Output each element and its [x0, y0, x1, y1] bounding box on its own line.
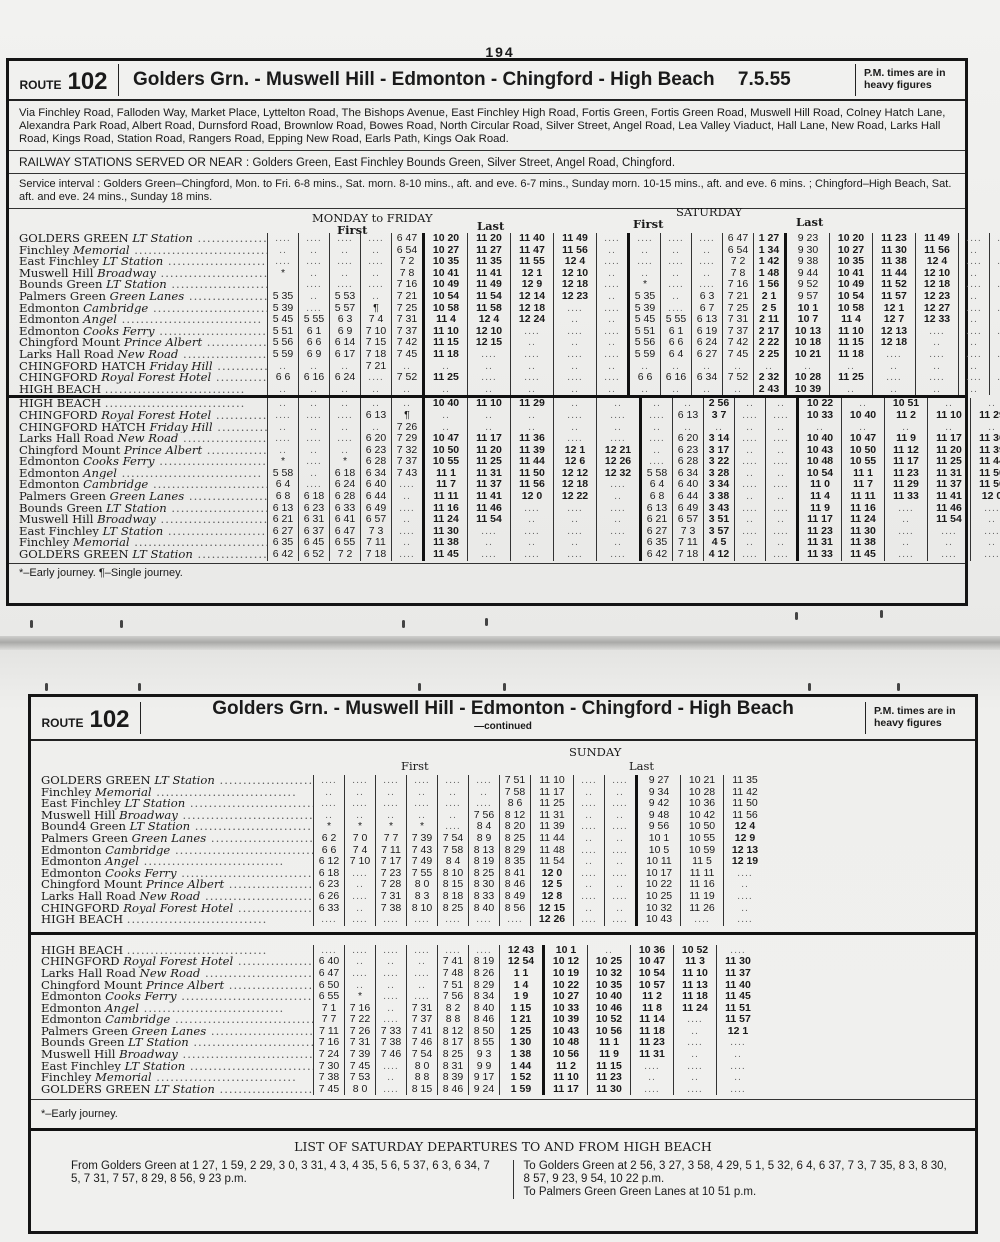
route-title: Golders Grn. - Muswell Hill - Edmonton -… — [119, 69, 855, 91]
time-cell: .. — [268, 384, 298, 396]
time-column: ..6 13..6 206 236 286 346 406 446 496 57… — [672, 398, 703, 560]
time-cell: 6 52 — [299, 549, 329, 561]
time-cell: 6 47 — [723, 233, 753, 245]
time-cell: .. — [597, 291, 627, 303]
route-102-weekday-saturday-table: ROUTE 102 Golders Grn. - Muswell Hill - … — [6, 58, 968, 606]
time-cell: 6 44 — [361, 491, 391, 503]
time-cell: .... — [605, 914, 635, 926]
time-cell: 7 21 — [392, 291, 422, 303]
time-cell: 3 38 — [704, 491, 734, 503]
time-cell: 11 49 — [916, 233, 958, 245]
time-cell: .... — [330, 233, 360, 245]
time-cell: 10 20 — [425, 233, 467, 245]
time-cell: 11 11 — [842, 491, 884, 503]
time-cell: .. — [959, 291, 989, 303]
time-cell: 11 33 — [799, 549, 841, 561]
time-cell: .... — [468, 372, 510, 384]
station-row: CHINGFORD Royal Forest Hotel ...........… — [41, 903, 313, 915]
time-cell: 11 10 — [928, 410, 970, 422]
station-row: Palmers Green Green Lanes ..............… — [41, 1026, 313, 1038]
time-cell: .... — [407, 914, 437, 926]
time-cell: 11 18 — [830, 349, 872, 361]
route-title: Golders Grn. - Muswell Hill - Edmonton -… — [141, 700, 865, 736]
route-badge: ROUTE 102 — [9, 64, 119, 96]
time-cell: .... — [630, 233, 660, 245]
time-cell: .. — [392, 491, 422, 503]
time-cell: 7 0 — [345, 833, 375, 845]
time-cell: 7 46 — [376, 1049, 406, 1061]
station-row: Finchley Memorial ......................… — [41, 787, 313, 799]
time-cell: 11 2 — [885, 410, 927, 422]
station-row: East Finchley LT Station ...............… — [41, 798, 313, 810]
time-cell: 7 56 — [438, 991, 468, 1003]
time-cell: .. — [597, 314, 627, 326]
time-cell: 6 55 — [314, 991, 344, 1003]
station-row: GOLDERS GREEN LT Station ...............… — [19, 233, 267, 245]
time-cell: .. — [330, 384, 360, 396]
time-cell: ¶ — [392, 410, 422, 422]
inbound-time-columns: ..............*5 586 46 86 136 216 276 3… — [267, 398, 1000, 560]
time-cell: 2 11 — [754, 314, 784, 326]
time-column: 6 476 547 27 87 167 217 257 317 377 427 … — [391, 233, 422, 395]
time-cell: 2 32 — [754, 372, 784, 384]
time-column: ............*5 355 395 455 515 565 59..6… — [627, 233, 660, 395]
time-cell: 11 30 — [588, 1084, 630, 1096]
time-column: ..............*6 186 246 286 336 416 476… — [329, 398, 360, 560]
time-cell: .. — [574, 856, 604, 868]
time-cell: .. — [830, 384, 872, 396]
time-cell: .. — [425, 410, 467, 422]
time-column: 10 40....10 4710 5010 5511 111 711 1111 … — [422, 398, 467, 560]
pm-times-note: P.M. times are in heavy figures — [865, 702, 975, 734]
time-cell: 5 45 — [630, 314, 660, 326]
time-cell: .... — [468, 349, 510, 361]
time-cell: .... — [873, 349, 915, 361]
time-cell: 11 40 — [511, 233, 553, 245]
station-row: Muswell Hill Broadway ..................… — [41, 810, 313, 822]
time-cell: .. — [597, 491, 639, 503]
to-destinations: To Golders Green at 2 56, 3 27, 3 58, 4 … — [514, 1160, 956, 1199]
time-cell: 6 42 — [642, 549, 672, 561]
time-cell: .... — [376, 991, 406, 1003]
time-cell: .... — [885, 549, 927, 561]
station-row: Edmonton Cambridge .....................… — [41, 845, 313, 857]
time-cell: 11 4 — [830, 314, 872, 326]
time-column: ............*6 26 66 126 186 236 266 33.… — [313, 775, 344, 926]
time-column: 10 2210 33..10 4010 4310 4810 5411 011 4… — [796, 398, 841, 560]
staple-mark — [138, 683, 141, 691]
time-cell: 11 35 — [724, 775, 766, 787]
time-cell: .... — [631, 1084, 673, 1096]
time-cell: .... — [971, 549, 1000, 561]
time-cell: .... — [605, 891, 635, 903]
station-row: CHINGFORD HATCH Friday Hill ............… — [19, 361, 267, 373]
time-cell: .. — [299, 384, 329, 396]
time-cell: 1 38 — [500, 1049, 542, 1061]
inbound-timetable: HIGH BEACH .............................… — [9, 398, 965, 560]
time-cell: 4 12 — [704, 549, 734, 561]
time-cell: 11 11 — [425, 491, 467, 503]
staple-mark — [795, 612, 798, 620]
mf-last-label: Last — [477, 219, 504, 233]
time-cell: .... — [597, 372, 627, 384]
time-cell: 12 14 — [511, 291, 553, 303]
time-cell: .. — [574, 833, 604, 845]
time-cell: .... — [574, 775, 604, 787]
station-row: Chingford Mount Prince Albert ..........… — [41, 879, 313, 891]
sun-last-label: Last — [629, 759, 654, 773]
time-cell: .. — [766, 491, 796, 503]
time-cell: 10 7 — [787, 314, 829, 326]
time-cell: 7 24 — [314, 1049, 344, 1061]
time-column: ..........*5 355 395 455 515 565 59..6 6… — [267, 233, 298, 395]
time-cell: 6 2 — [314, 833, 344, 845]
time-cell: 11 36 — [511, 433, 553, 445]
time-cell: 1 1 — [500, 968, 542, 980]
time-cell: 8 4 — [438, 856, 468, 868]
time-cell: 11 49 — [554, 233, 596, 245]
railway-label: RAILWAY STATIONS SERVED OR NEAR : — [19, 155, 249, 169]
time-cell: 7 7 — [376, 833, 406, 845]
time-cell: 7 4 — [361, 314, 391, 326]
time-cell: 6 3 — [330, 314, 360, 326]
time-cell: .. — [605, 856, 635, 868]
time-cell: .... — [735, 549, 765, 561]
time-cell: .... — [959, 349, 989, 361]
route-badge: ROUTE 102 — [31, 702, 141, 734]
time-cell: 3 14 — [704, 433, 734, 445]
time-cell: 7 45 — [314, 1084, 344, 1096]
time-column: 11 3511 4211 5011 5612 412 912 1312 19..… — [723, 775, 766, 926]
time-cell: .... — [642, 433, 672, 445]
time-cell: 8 49 — [500, 891, 530, 903]
time-cell: .... — [345, 891, 375, 903]
station-row: Bounds Green LT Station ................… — [19, 503, 267, 515]
time-column: 11 10....11 1711 2011 2511 3111 3711 411… — [467, 398, 510, 560]
inbound-station-list: HIGH BEACH .............................… — [31, 945, 313, 1096]
time-cell: 1 9 — [500, 991, 542, 1003]
time-cell: 7 45 — [723, 349, 753, 361]
route-title-text: Golders Grn. - Muswell Hill - Edmonton -… — [212, 698, 794, 719]
time-cell: .... — [299, 233, 329, 245]
time-cell: 8 26 — [469, 968, 499, 980]
time-cell: .... — [511, 549, 553, 561]
time-cell: 6 8 — [642, 491, 672, 503]
time-cell: .... — [766, 410, 796, 422]
time-cell: 11 54 — [468, 291, 510, 303]
time-cell: 12 4 — [468, 314, 510, 326]
time-column: ................5 535 576 36 96 146 17..… — [329, 233, 360, 395]
time-cell: 11 33 — [885, 491, 927, 503]
footnote: *–Early journey. ¶–Single journey. — [9, 563, 965, 582]
time-cell: 11 36 — [971, 433, 1000, 445]
time-cell: 11 2 — [631, 991, 673, 1003]
time-column: 11 4911 5612 412 1012 1812 2312 2712 33.… — [915, 233, 958, 395]
time-cell: 11 44 — [531, 833, 573, 845]
footnote: *–Early journey. — [31, 1099, 975, 1131]
time-cell: .... — [597, 433, 639, 445]
time-cell: 12 0 — [971, 491, 1000, 503]
station-row: GOLDERS GREEN LT Station ...............… — [19, 549, 267, 561]
time-cell: 7 48 — [438, 968, 468, 980]
time-column: ................7 317 377 417 467 548 08… — [406, 945, 437, 1096]
outbound-time-columns: ..........*5 355 395 455 515 565 59..6 6… — [267, 233, 1000, 395]
time-column: 11 1011 1711 2511 3111 3911 4411 4811 54… — [530, 775, 573, 926]
time-column: ............*7 167 227 267 317 397 457 5… — [344, 945, 375, 1096]
time-cell: 10 40 — [842, 410, 884, 422]
station-row: HIGH BEACH .............................… — [19, 384, 267, 396]
time-cell: .... — [345, 968, 375, 980]
time-cell: 10 43 — [638, 914, 680, 926]
time-column: 11 2311 3011 3811 4411 5211 5712 112 712… — [872, 233, 915, 395]
time-column: ............*7 77 117 177 237 287 317 38… — [375, 775, 406, 926]
from-golders-green: From Golders Green at 1 27, 1 59, 2 29, … — [71, 1160, 514, 1199]
time-column: ....6 406 476 506 557 17 77 117 167 247 … — [313, 945, 344, 1096]
time-cell: .... — [990, 326, 1000, 338]
time-cell: .... — [314, 775, 344, 787]
time-cell: .... — [407, 991, 437, 1003]
time-cell: 11 17 — [545, 1084, 587, 1096]
time-column: ........................................ — [604, 775, 635, 926]
time-column: 10 5111 2..11 911 1211 1711 2311 2911 33… — [884, 398, 927, 560]
time-cell: 7 10 — [345, 856, 375, 868]
time-cell: .... — [990, 256, 1000, 268]
time-column: ................7 547 588 48 108 158 188… — [437, 775, 468, 926]
time-cell: .... — [766, 433, 796, 445]
time-cell: .... — [990, 303, 1000, 315]
time-cell: 5 45 — [268, 314, 298, 326]
time-column: ........................................… — [734, 398, 765, 560]
railway-stations: RAILWAY STATIONS SERVED OR NEAR : Golder… — [9, 151, 965, 174]
station-row: Palmers Green Green Lanes ..............… — [19, 291, 267, 303]
time-cell: .... — [681, 914, 723, 926]
time-cell: 6 13 — [361, 410, 391, 422]
time-cell: * — [268, 268, 298, 280]
route-label: ROUTE — [41, 716, 83, 730]
route-number: 102 — [67, 68, 107, 96]
time-cell: 11 9 — [885, 433, 927, 445]
station-row: Edmonton Cambridge .....................… — [19, 479, 267, 491]
route-header-continued: ROUTE 102 Golders Grn. - Muswell Hill - … — [31, 697, 975, 741]
time-cell: 10 47 — [842, 433, 884, 445]
time-cell: 6 20 — [361, 433, 391, 445]
time-cell: 5 53 — [330, 291, 360, 303]
staple-mark — [880, 610, 883, 618]
station-row: Chingford Mount Prince Albert ..........… — [19, 337, 267, 349]
time-cell: 6 24 — [330, 372, 360, 384]
time-cell: 8 3 — [407, 891, 437, 903]
station-row: Finchley Memorial ......................… — [41, 1072, 313, 1084]
time-cell: 8 46 — [438, 1084, 468, 1096]
route-title-text: Golders Grn. - Muswell Hill - Edmonton -… — [133, 69, 715, 90]
staple-mark — [120, 620, 123, 628]
time-cell: .... — [376, 914, 406, 926]
time-column: ............12 2112 2612 32.............… — [596, 398, 639, 560]
time-cell: 8 19 — [469, 856, 499, 868]
station-row: HIGH BEACH .............................… — [41, 945, 313, 957]
time-cell: 10 39 — [787, 384, 829, 396]
time-cell: .. — [916, 384, 958, 396]
time-column: ..10 40..10 4710 5010 5511 111 711 1111 … — [841, 398, 884, 560]
time-cell: 10 32 — [588, 968, 630, 980]
time-cell: 7 31 — [723, 314, 753, 326]
time-cell: .... — [724, 914, 766, 926]
time-cell: .... — [438, 775, 468, 787]
time-cell: .... — [674, 1084, 716, 1096]
time-cell: 2 25 — [754, 349, 784, 361]
time-cell: .... — [597, 549, 639, 561]
time-cell: .... — [330, 433, 360, 445]
time-cell: * — [345, 991, 375, 1003]
route-via: Via Finchley Road, Falloden Way, Market … — [9, 101, 965, 151]
time-cell: 10 54 — [425, 291, 467, 303]
station-row: Chingford Mount Prince Albert ..........… — [41, 980, 313, 992]
time-cell: .... — [990, 279, 1000, 291]
time-cell: 11 18 — [674, 991, 716, 1003]
time-cell: .. — [511, 384, 553, 396]
time-cell: .... — [554, 549, 596, 561]
time-cell: .. — [392, 384, 422, 396]
time-cell: 6 12 — [314, 856, 344, 868]
time-cell: 12 23 — [916, 291, 958, 303]
time-cell: .. — [692, 384, 722, 396]
time-cell: 12 7 — [873, 314, 915, 326]
time-cell: .... — [376, 775, 406, 787]
station-row: HIGH BEACH .............................… — [41, 914, 313, 926]
station-row: Palmers Green Green Lanes ..............… — [41, 833, 313, 845]
time-cell: 6 47 — [314, 968, 344, 980]
time-cell: .. — [990, 291, 1000, 303]
time-cell: 7 39 — [407, 833, 437, 845]
station-row: Edmonton Cambridge .....................… — [41, 1014, 313, 1026]
time-cell: 11 25 — [830, 372, 872, 384]
outbound-timetable: GOLDERS GREEN LT Station ...............… — [9, 233, 965, 395]
time-cell: .... — [574, 891, 604, 903]
time-cell: .... — [438, 914, 468, 926]
sat-heading: SATURDAY — [676, 205, 742, 219]
time-column: ......................5 556 16 66 4..6 1… — [660, 233, 691, 395]
time-cell: .... — [597, 349, 627, 361]
time-cell: 9 24 — [469, 1084, 499, 1096]
staple-mark — [418, 683, 421, 691]
station-row: Larks Hall Road New Road ...............… — [41, 891, 313, 903]
time-cell: 7 29 — [392, 433, 422, 445]
time-cell: 6 16 — [661, 372, 691, 384]
time-column: ..6 13..6 206 236 286 346 406 446 496 57… — [360, 398, 391, 560]
time-cell: 6 42 — [268, 549, 298, 561]
time-cell: 9 27 — [638, 775, 680, 787]
time-cell: 7 54 — [407, 1049, 437, 1061]
time-cell: 10 54 — [830, 291, 872, 303]
time-cell: 11 45 — [717, 991, 759, 1003]
time-cell: .. — [468, 384, 510, 396]
time-cell: .. — [468, 410, 510, 422]
sun-first-label: First — [401, 759, 429, 773]
time-cell: 11 54 — [531, 856, 573, 868]
station-row: Edmonton Angel .........................… — [41, 1003, 313, 1015]
time-column: ......................7 337 387 46......… — [375, 945, 406, 1096]
time-cell: .... — [574, 914, 604, 926]
time-cell: 8 33 — [469, 891, 499, 903]
time-cell: 6 9 — [299, 349, 329, 361]
time-cell: 11 37 — [717, 968, 759, 980]
time-cell: 11 20 — [468, 233, 510, 245]
time-column: ............*7 07 47 10................ — [344, 775, 375, 926]
time-cell: 8 25 — [500, 833, 530, 845]
time-column: 10 2110 2810 3610 4210 5010 5510 5911 51… — [680, 775, 723, 926]
time-cell: 6 27 — [692, 349, 722, 361]
time-cell: 10 40 — [799, 433, 841, 445]
outbound-timetable: GOLDERS GREEN LT Station ...............… — [31, 775, 975, 926]
time-column: 11 2011 2711 3511 4111 4911 5411 5812 41… — [467, 233, 510, 395]
time-cell: 5 59 — [268, 349, 298, 361]
time-cell: .. — [717, 1049, 759, 1061]
time-cell: .. — [361, 384, 391, 396]
time-cell: 6 13 — [692, 314, 722, 326]
time-column: ......................5 556 16 66 9..6 1… — [298, 233, 329, 395]
time-cell: .... — [597, 233, 627, 245]
time-column: ........................6 186 236 316 37… — [298, 398, 329, 560]
station-row: Edmonton Angel .........................… — [19, 468, 267, 480]
time-cell: 6 26 — [314, 891, 344, 903]
time-cell: 10 55 — [681, 833, 723, 845]
time-column: 2 563 7..3 143 173 223 283 343 383 433 5… — [703, 398, 734, 560]
time-column: ........................................… — [958, 233, 989, 395]
time-cell: 11 4 — [799, 491, 841, 503]
station-row: Muswell Hill Broadway ..................… — [19, 514, 267, 526]
station-row: Edmonton Angel .........................… — [41, 856, 313, 868]
station-row: Edmonton Cooks Ferry ...................… — [41, 991, 313, 1003]
time-column: ........................................… — [596, 233, 627, 395]
time-cell: .... — [299, 433, 329, 445]
time-cell: 12 23 — [554, 291, 596, 303]
time-cell: .. — [597, 384, 627, 396]
time-cell: .... — [916, 372, 958, 384]
time-cell: 2 1 — [754, 291, 784, 303]
time-column: 12 4312 541 11 41 91 151 211 251 301 381… — [499, 945, 542, 1096]
time-cell: .... — [605, 775, 635, 787]
time-cell: 11 4 — [425, 314, 467, 326]
time-cell: 8 15 — [407, 1084, 437, 1096]
time-cell: 11 17 — [468, 433, 510, 445]
time-cell: .... — [468, 549, 510, 561]
station-row: Edmonton Angel .........................… — [19, 314, 267, 326]
time-cell: .. — [630, 384, 660, 396]
time-cell: .... — [469, 914, 499, 926]
sun-heading: SUNDAY — [569, 745, 621, 759]
time-cell: 2 43 — [754, 384, 784, 396]
time-cell: 5 55 — [299, 314, 329, 326]
time-cell: 3 7 — [704, 410, 734, 422]
time-cell: .. — [990, 314, 1000, 326]
time-cell: 10 11 — [638, 856, 680, 868]
time-cell: 6 34 — [692, 372, 722, 384]
time-cell: 11 29 — [971, 410, 1000, 422]
time-cell: 1 27 — [754, 233, 784, 245]
time-cell: .... — [314, 914, 344, 926]
time-cell: 12 22 — [554, 491, 596, 503]
time-cell: .. — [361, 291, 391, 303]
time-cell: .... — [554, 372, 596, 384]
station-row: Edmonton Cooks Ferry ...................… — [41, 868, 313, 880]
time-column: 10 2010 2710 3510 4110 4910 5410 5811 41… — [829, 233, 872, 395]
time-cell: 7 49 — [407, 856, 437, 868]
railway-list: Golders Green, East Finchley Bounds Gree… — [252, 157, 675, 169]
time-cell: 11 41 — [928, 491, 970, 503]
time-column: 10 3610 4710 5410 5711 211 811 1411 1811… — [630, 945, 673, 1096]
time-cell: .... — [469, 775, 499, 787]
time-cell: 12 26 — [531, 914, 573, 926]
